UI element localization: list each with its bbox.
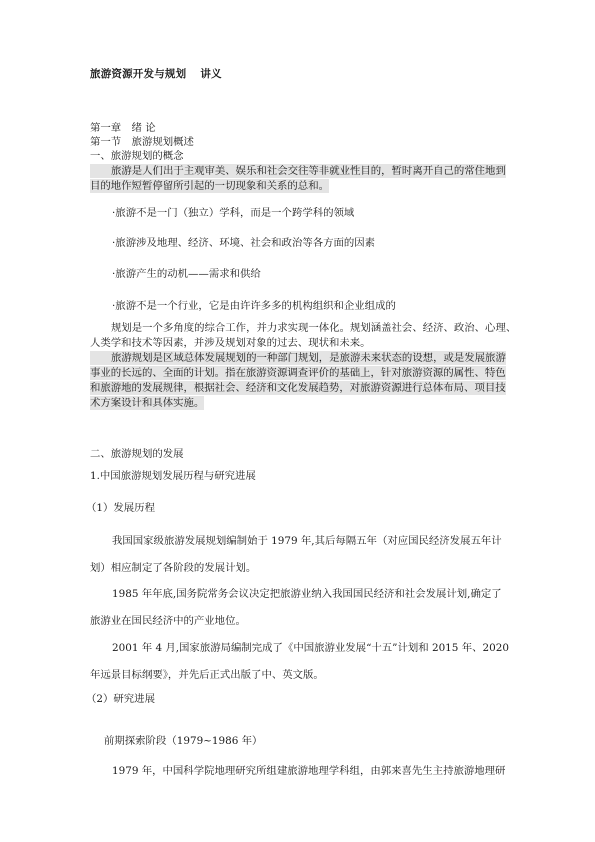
document-title: 旅游资源开发与规划讲义: [90, 67, 222, 81]
stage-paragraph-line: 1979 年，中国科学院地理研究所组建旅游地理学科组，由郭来喜先生主持旅游地理研: [112, 764, 505, 778]
history-line: 2001 年 4 月,国家旅游局编制完成了《中国旅游业发展“十五”计划和 201…: [112, 641, 509, 655]
tourism-planning-line: 术方案设计和具体实施。: [90, 396, 204, 410]
stage-heading: 前期探索阶段（1979~1986 年）: [104, 734, 262, 748]
bullet-item: ·旅游不是一个行业，它是由许许多多的机构组织和企业组成的: [112, 299, 396, 313]
tourism-planning-line: 事业的长远的、全面的计划。指在旅游资源调查评价的基础上，针对旅游资源的属性、特色: [90, 366, 506, 380]
history-line: 年远景目标纲要》，并先后正式出版了中、英文版。: [90, 668, 324, 682]
definition-line-2: 目的地作短暂停留所引起的一切现象和关系的总和。: [90, 179, 329, 193]
research-subheading: （2）研究进展: [86, 692, 155, 706]
history-line: 划）相应制定了各阶段的发展计划。: [90, 561, 256, 575]
tourism-planning-line: 旅游规划是区域总体发展规划的一种部门规划，是旅游未来状态的设想，或是发展旅游: [90, 351, 506, 365]
bullet-item: ·旅游不是一门（独立）学科，而是一个跨学科的领域: [112, 206, 354, 220]
chapter-heading: 第一章 绪 论: [90, 121, 156, 135]
title-suffix: 讲义: [200, 68, 221, 80]
concept-heading: 一、旅游规划的概念: [90, 149, 184, 163]
bullet-item: ·旅游涉及地理、经济、环境、社会和政治等各方面的因素: [112, 236, 375, 250]
planning-para-line-1: 规划是一个多角度的综合工作，并力求实现一体化。规划涵盖社会、经济、政治、心理、: [90, 321, 516, 335]
china-planning-subheading: 1.中国旅游规划发展历程与研究进展: [90, 469, 256, 483]
definition-line-1: 旅游是人们出于主观审美、娱乐和社会交往等非就业性目的，暂时离开自己的常住地到: [90, 164, 506, 178]
history-subheading: （1）发展历程: [86, 501, 155, 515]
development-heading: 二、旅游规划的发展: [90, 447, 184, 461]
history-line: 我国国家级旅游发展规划编制始于 1979 年,其后每隔五年（对应国民经济发展五年…: [112, 534, 502, 548]
section-heading: 第一节 旅游规划概述: [90, 135, 194, 149]
history-line: 旅游业在国民经济中的产业地位。: [90, 614, 246, 628]
history-line: 1985 年年底,国务院常务会议决定把旅游业纳入我国国民经济和社会发展计划,确定…: [112, 587, 502, 601]
bullet-item: ·旅游产生的动机——需求和供给: [112, 267, 261, 281]
title-text: 旅游资源开发与规划: [90, 68, 186, 80]
planning-para-line-2: 人类学和技术等因素，并涉及规划对象的过去、现状和未来。: [90, 336, 371, 350]
tourism-planning-line: 和旅游地的发展规律，根据社会、经济和文化发展趋势，对旅游资源进行总体布局、项目技: [90, 381, 506, 395]
